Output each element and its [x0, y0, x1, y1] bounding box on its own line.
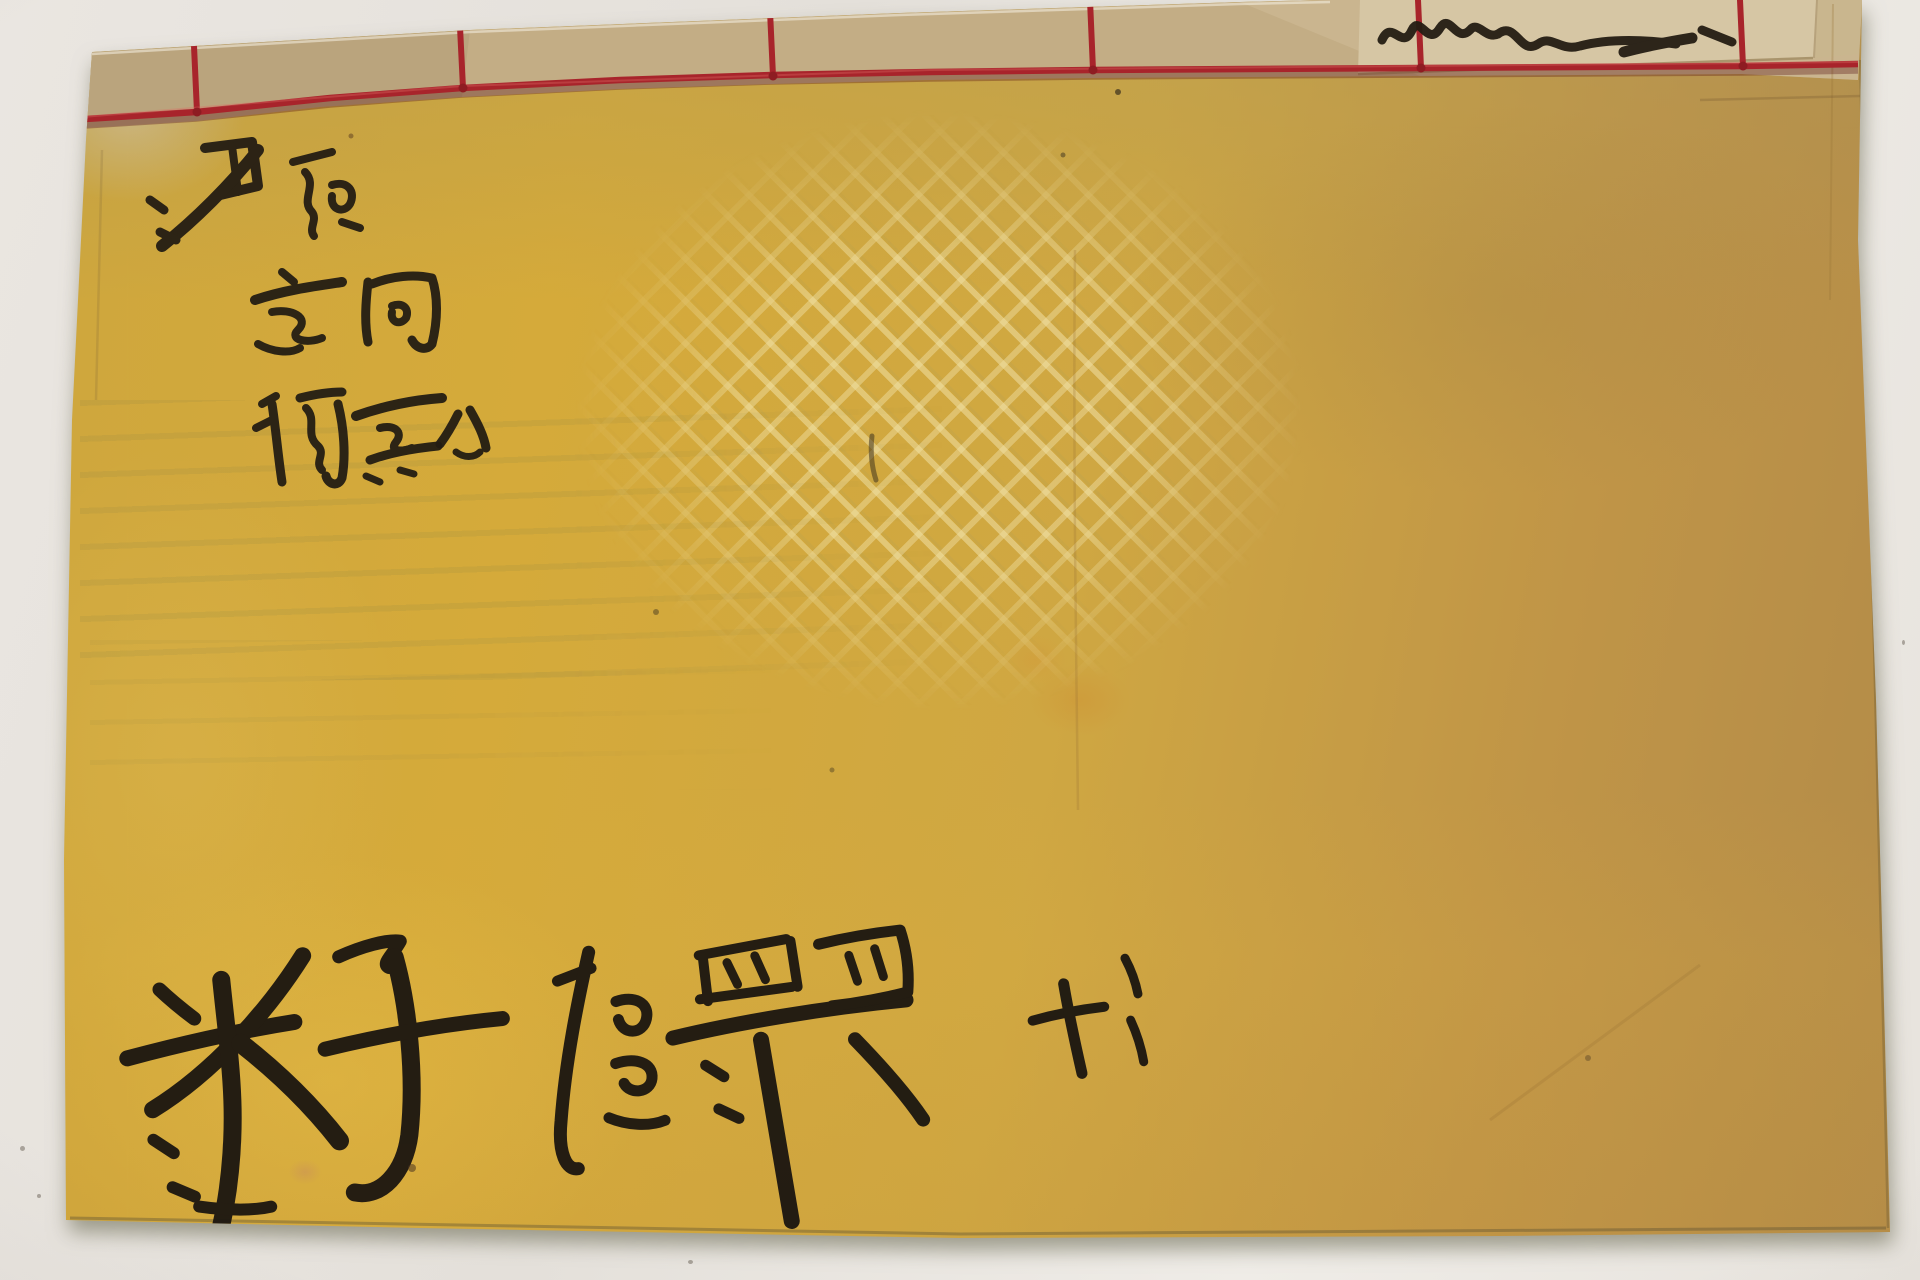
book-cover: [0, 0, 1920, 1280]
stitch-4: [1090, 0, 1093, 70]
volume-mark: [1031, 958, 1144, 1075]
stitch-6: [1740, 0, 1743, 66]
annotation-char-gong: [440, 410, 486, 457]
annotation-char-xian: [255, 272, 342, 351]
stitch-1: [194, 46, 197, 112]
annotation-char-lun: [150, 142, 258, 246]
stitch-3: [770, 11, 773, 76]
annotation-block: [150, 142, 486, 484]
annotation-char-ling: [356, 398, 442, 482]
title-block: [124, 921, 1147, 1247]
annotation-char-yu: [293, 152, 360, 236]
cover-detail-layer: [0, 0, 1920, 1280]
title-character-yu: [556, 950, 667, 1169]
cover-specks: [349, 89, 1592, 1172]
stitch-5: [1418, 0, 1421, 68]
annotation-char-wen: [366, 276, 437, 348]
title-character-zhu: [125, 955, 342, 1247]
annotation-char-wei: [256, 392, 344, 484]
stitch-2: [460, 27, 463, 88]
title-character-zi: [322, 938, 507, 1194]
title-character-lei: [670, 930, 925, 1224]
photo-scene: [0, 0, 1920, 1280]
book: [0, 0, 1920, 1280]
